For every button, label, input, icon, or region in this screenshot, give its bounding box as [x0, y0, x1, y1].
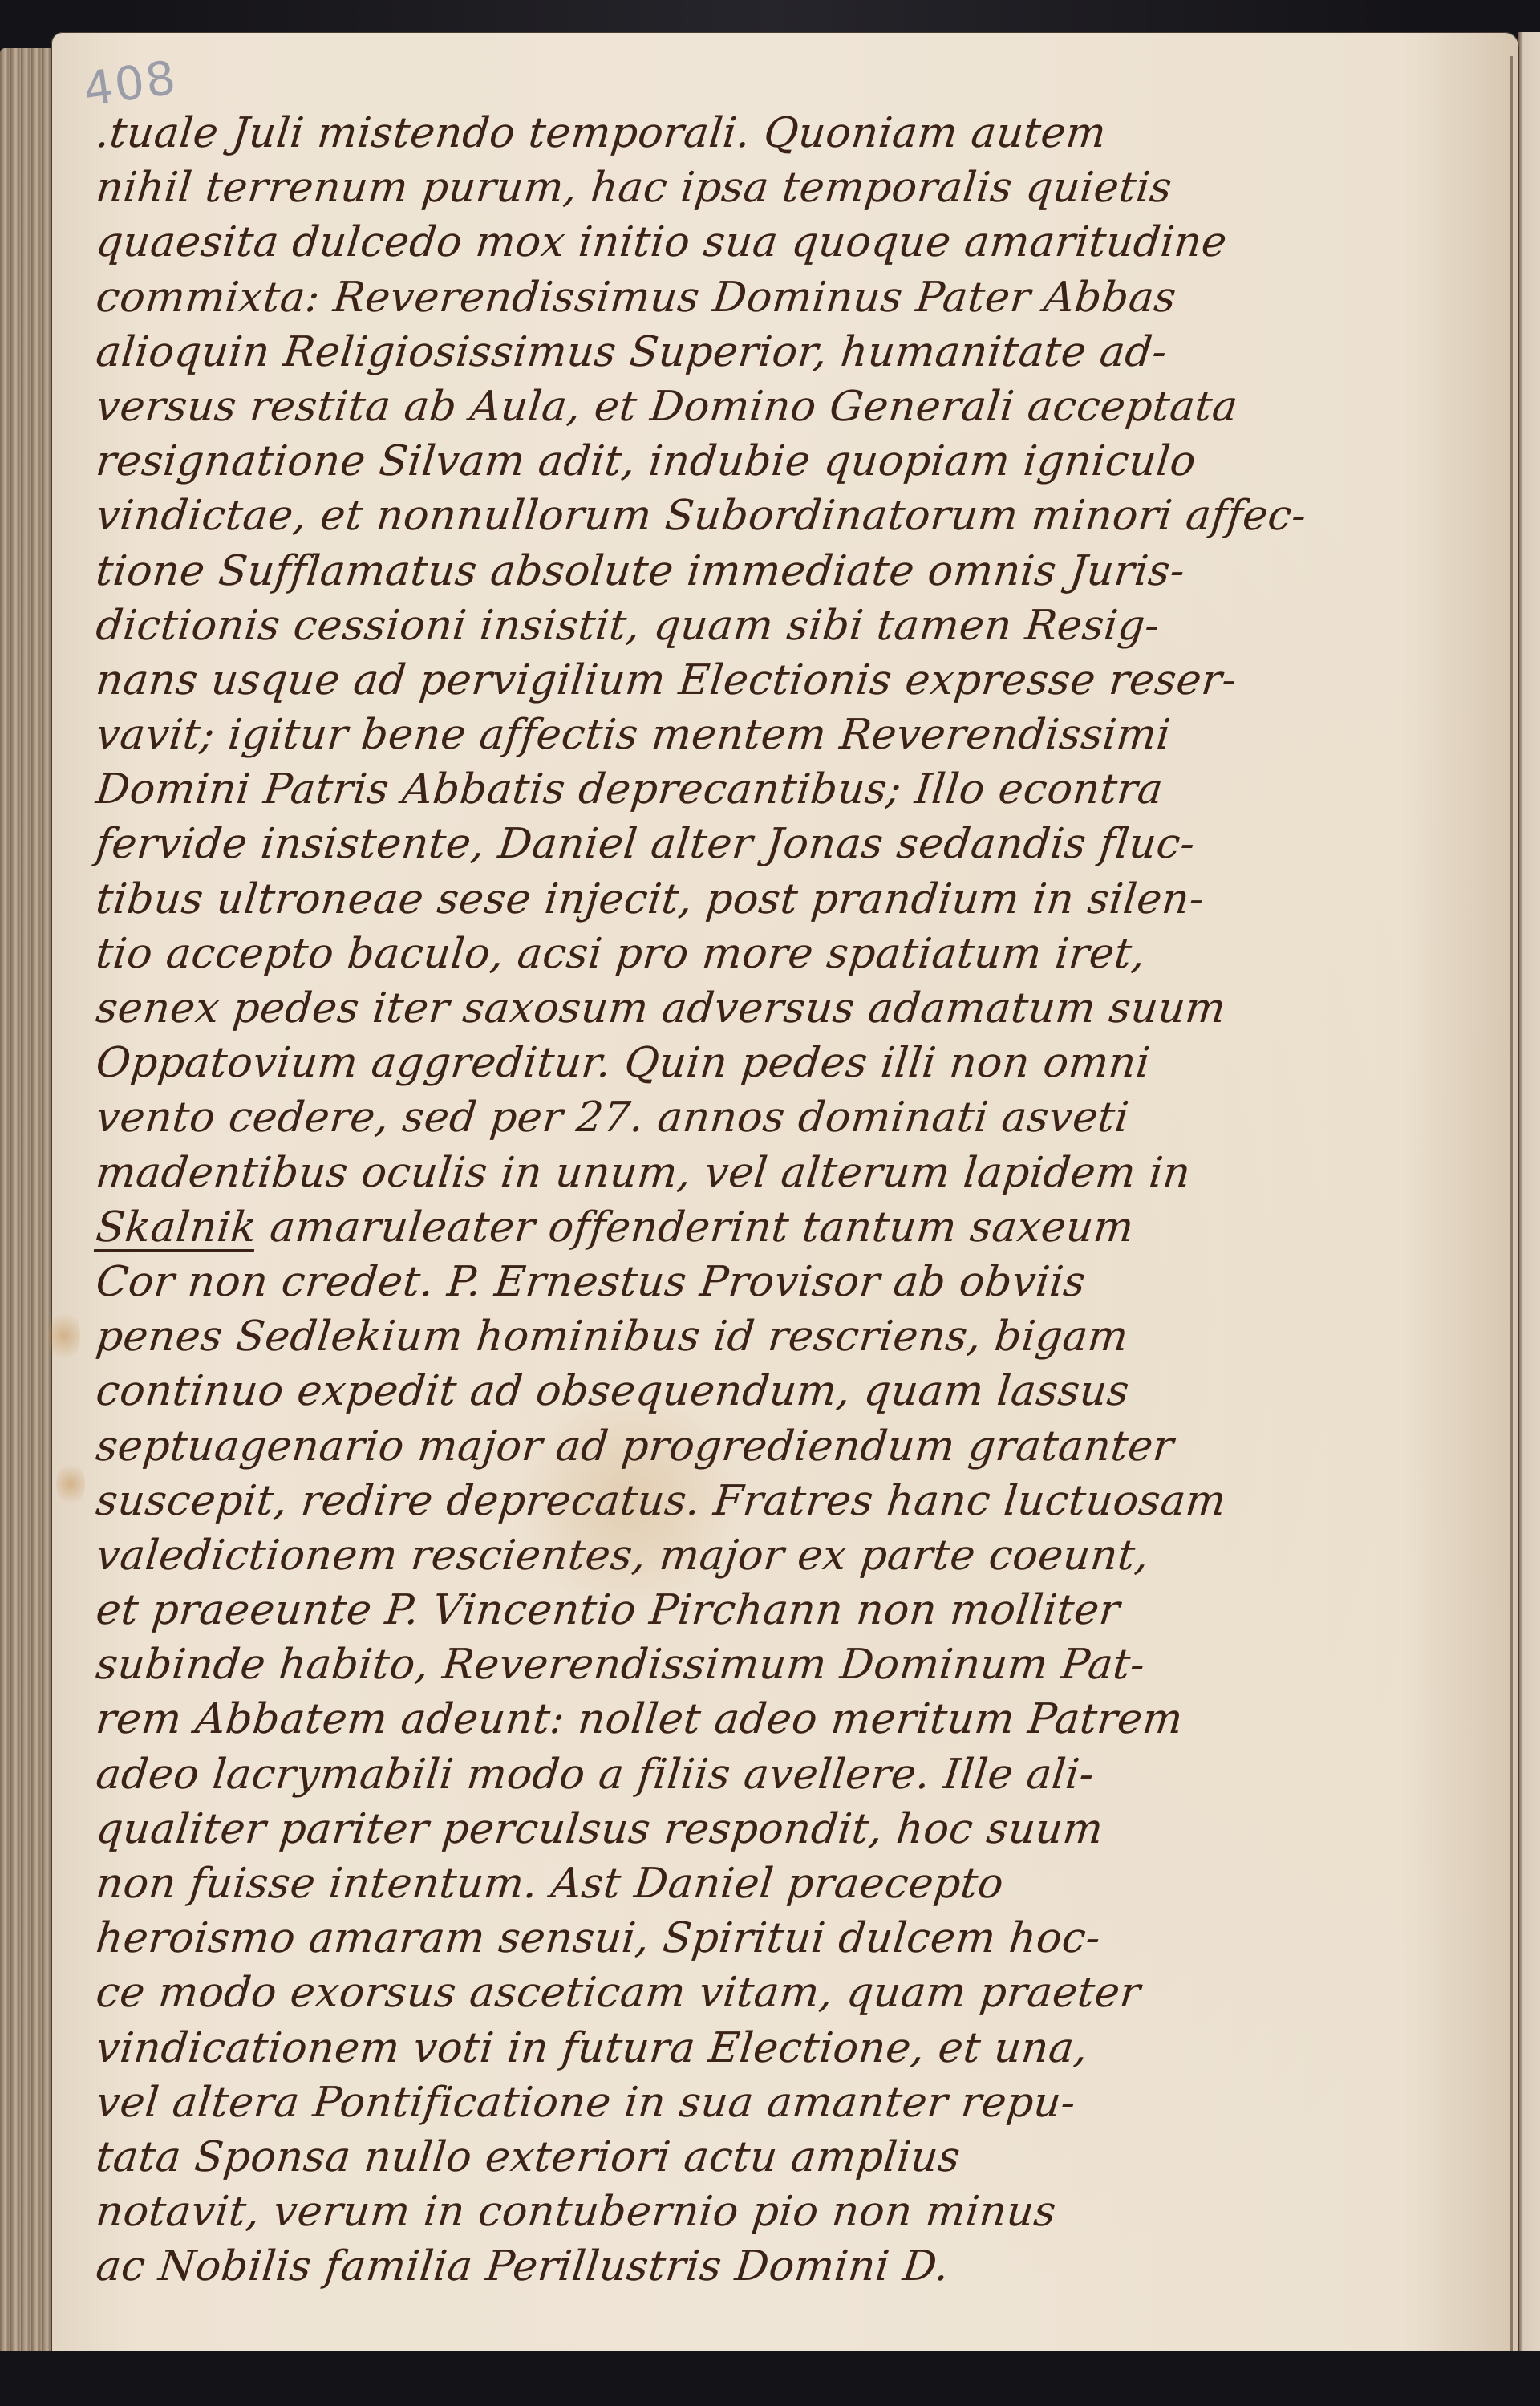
text-line: vindictae, et nonnullorum Subordinatorum…	[93, 489, 1414, 543]
text-line: .tuale Juli mistendo temporali. Quoniam …	[93, 106, 1414, 160]
text-line: Cor non credet. P. Ernestus Provisor ab …	[93, 1255, 1414, 1309]
text-line: alioquin Religiosissimus Superior, human…	[93, 325, 1414, 379]
text-line: non fuisse intentum. Ast Daniel praecept…	[93, 1856, 1414, 1911]
page-stack-edges	[0, 48, 56, 2359]
text-line: ce modo exorsus asceticam vitam, quam pr…	[93, 1966, 1414, 2020]
text-line: resignatione Silvam adit, indubie quopia…	[93, 434, 1414, 489]
text-line: versus restita ab Aula, et Domino Genera…	[93, 379, 1414, 434]
text-line: heroismo amaram sensui, Spiritui dulcem …	[93, 1911, 1414, 1966]
text-line: Domini Patris Abbatis deprecantibus; Ill…	[93, 762, 1414, 817]
text-line: et praeeunte P. Vincentio Pirchann non m…	[93, 1583, 1414, 1637]
text-line: nans usque ad pervigilium Electionis exp…	[93, 653, 1414, 708]
text-line: commixta: Reverendissimus Dominus Pater …	[93, 270, 1414, 325]
text-line: tione Sufflamatus absolute immediate omn…	[93, 544, 1414, 598]
text-line: quaesita dulcedo mox initio sua quoque a…	[93, 215, 1414, 270]
text-line: subinde habito, Reverendissimum Dominum …	[93, 1637, 1414, 1692]
text-line: fervide insistente, Daniel alter Jonas s…	[93, 817, 1414, 871]
text-line: senex pedes iter saxosum adversus adamat…	[93, 981, 1414, 1036]
text-line: tata Sponsa nullo exteriori actu amplius	[93, 2130, 1414, 2185]
text-line: madentibus oculis in unum, vel alterum l…	[93, 1146, 1414, 1200]
manuscript-text: .tuale Juli mistendo temporali. Quoniam …	[96, 106, 1412, 2294]
text-line: notavit, verum in contubernio pio non mi…	[93, 2185, 1414, 2239]
text-line: Oppatovium aggreditur. Quin pedes illi n…	[93, 1036, 1414, 1090]
paper-stain	[48, 1308, 80, 1364]
underlined-word: Skalnik	[94, 1203, 259, 1252]
text-line: vindicationem voti in futura Electione, …	[93, 2021, 1414, 2075]
text-line: vento cedere, sed per 27. annos dominati…	[93, 1090, 1414, 1145]
text-line: continuo expedit ad obsequendum, quam la…	[93, 1364, 1414, 1418]
text-line: tibus ultroneae sese injecit, post prand…	[93, 872, 1414, 927]
dark-background-bottom	[0, 2351, 1540, 2406]
text-line: valedictionem rescientes, major ex parte…	[93, 1528, 1414, 1583]
text-line: vel altera Pontificatione in sua amanter…	[93, 2075, 1414, 2130]
text-line: nihil terrenum purum, hac ipsa temporali…	[93, 160, 1414, 215]
text-line: ac Nobilis familia Perillustris Domini D…	[93, 2239, 1414, 2294]
gutter-fold	[1510, 56, 1513, 2351]
text-line: adeo lacrymabili modo a filiis avellere.…	[93, 1747, 1414, 1802]
text-line: suscepit, redire deprecatus. Fratres han…	[93, 1474, 1414, 1528]
text-line: qualiter pariter perculsus respondit, ho…	[93, 1802, 1414, 1856]
text-line: dictionis cessioni insistit, quam sibi t…	[93, 598, 1414, 653]
adjacent-page-edge	[1518, 32, 1540, 2375]
text-line: tio accepto baculo, acsi pro more spatia…	[93, 927, 1414, 981]
text-line: rem Abbatem adeunt: nollet adeo meritum …	[93, 1692, 1414, 1747]
paper-stain	[56, 1460, 85, 1508]
text-line: vavit; igitur bene affectis mentem Rever…	[93, 708, 1414, 762]
text-line: penes Sedlekium hominibus id rescriens, …	[93, 1309, 1414, 1364]
text-line: septuagenario major ad progrediendum gra…	[93, 1419, 1414, 1474]
text-line: Skalnik amaruleater offenderint tantum s…	[93, 1200, 1414, 1255]
